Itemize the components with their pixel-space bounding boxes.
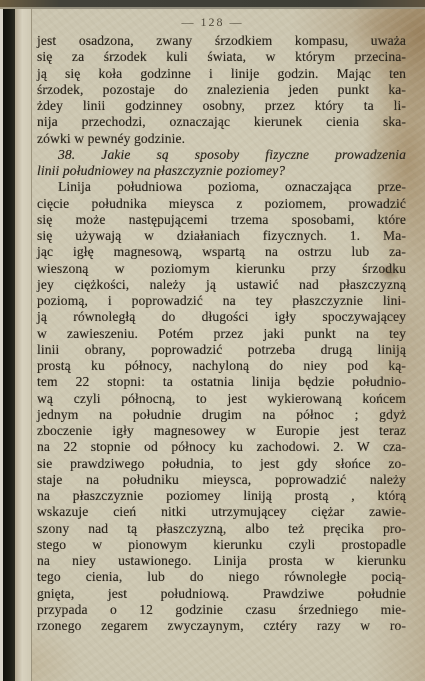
text-line: szony nad tą płaszczyzną, albo też pręci… <box>37 521 406 537</box>
paragraph-answer-38: Linija południowa pozioma, oznaczająca p… <box>37 179 406 634</box>
text-line: sie prawdziwego południa, to jest gdy sł… <box>37 456 406 472</box>
text-line: jednym na południe drugim na północ ; gd… <box>37 407 406 423</box>
text-line: jest osadzona, zwany śrzodkiem kompasu, … <box>37 33 406 49</box>
paper-background: — 128 — jest osadzona, zwany śrzodkiem k… <box>0 0 425 681</box>
text-line: jey ciężkości, należy ją ustawić nad pła… <box>37 277 406 293</box>
text-line: się może następującemi trzema sposobami,… <box>37 212 406 228</box>
page-number: — 128 — <box>0 15 425 30</box>
text-line: rzonego zegarem zwyczaynym, cztéry razy … <box>37 618 406 634</box>
text-line: tego cienia, lub do niego równoległe poc… <box>37 569 406 585</box>
text-line: jąc igłę magnesową, wspartą na ostrzu lu… <box>37 244 406 260</box>
text-line: żdey linii godzinney osobny, przez który… <box>37 98 406 114</box>
text-line: się używają w działaniach fizycznych. 1.… <box>37 228 406 244</box>
text-line: wskazuje cień nitki utrzymującey ciężar … <box>37 504 406 520</box>
text-line: na niey ustawionego. Linija prosta w kie… <box>37 553 406 569</box>
text-block: jest osadzona, zwany śrzodkiem kompasu, … <box>37 33 406 634</box>
text-line: 38. Jakie są sposoby fizyczne prowadzeni… <box>37 147 406 163</box>
text-line: staje na południku mieysca, poprowadzić … <box>37 472 406 488</box>
text-line: nija przechodzi, oznaczając kierunek cie… <box>37 114 406 130</box>
text-line: wą czyli północną, to jest wykierowaną k… <box>37 391 406 407</box>
text-line: w zawieszeniu. Potém przez jaki punkt na… <box>37 326 406 342</box>
text-line: na płaszczyznie poziomey liniją prostą ,… <box>37 488 406 504</box>
text-line: tem 22 stopni: ta ostatnia linija będzie… <box>37 374 406 390</box>
text-line: na 22 stopnie od północy ku zachodowi. 2… <box>37 439 406 455</box>
text-line: ją się koła godzinne i linije godzin. Ma… <box>37 66 406 82</box>
text-line: stego w pionowym kierunku czyli prostopa… <box>37 537 406 553</box>
text-line: ją równoległą do długości igły spoczywaj… <box>37 309 406 325</box>
paragraph-question-38: 38. Jakie są sposoby fizyczne prowadzeni… <box>37 147 406 180</box>
text-line: cięcie południka mieysca z poziomem, pro… <box>37 196 406 212</box>
paragraph-compass-center: jest osadzona, zwany śrzodkiem kompasu, … <box>37 33 406 147</box>
text-line: linii południowey na płaszczyznie poziom… <box>37 163 406 179</box>
text-line: się za śrzodek kuli świata, w którym prz… <box>37 49 406 65</box>
text-line: gnięta, jest południową. Prawdziwe połud… <box>37 586 406 602</box>
text-line: zboczenie igły magnesowey w Europie jest… <box>37 423 406 439</box>
text-line: wieszoną w poziomym kierunku przy śrzodk… <box>37 261 406 277</box>
text-line: Linija południowa pozioma, oznaczająca p… <box>37 179 406 195</box>
text-line: zówki w pewnéy godzinie. <box>37 131 406 147</box>
page-left-edge <box>15 0 32 681</box>
text-line: linii obrany, poprowadzić potrzeba drugą… <box>37 342 406 358</box>
text-line: poziomą, i poprowadzić na tey płaszczyzn… <box>37 293 406 309</box>
text-line: prostą ku północy, nachyloną do niey pod… <box>37 358 406 374</box>
text-line: przypada o 12 godzinie czasu śrzedniego … <box>37 602 406 618</box>
book-spine-shadow <box>3 0 15 681</box>
book-top-edge <box>0 0 425 9</box>
book-page-scan: — 128 — jest osadzona, zwany śrzodkiem k… <box>0 0 425 681</box>
text-line: śrzodek, pozostaje do znalezienia jeden … <box>37 82 406 98</box>
